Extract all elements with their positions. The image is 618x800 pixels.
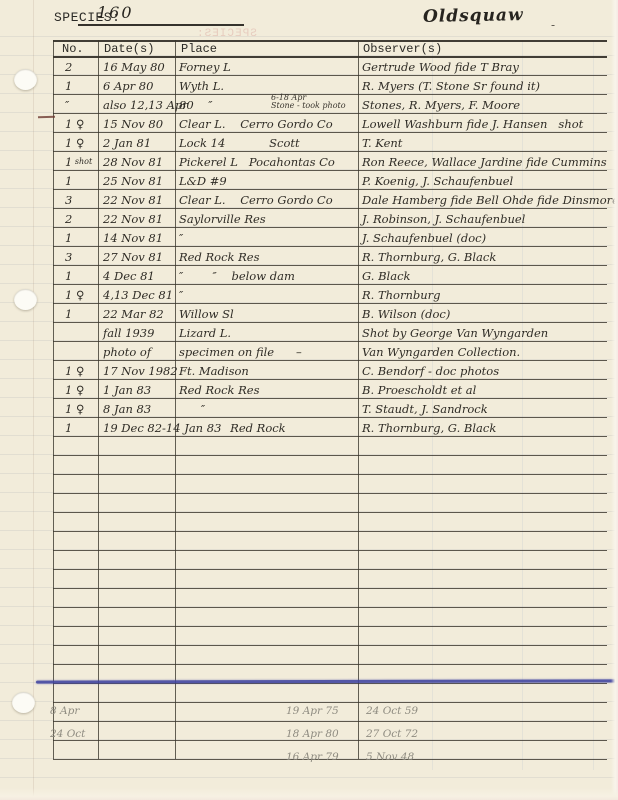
table-row: 119 Dec 82-14 Jan 83 Red RockR. Thornbur… xyxy=(53,417,607,436)
table-row: 216 May 80Forney LGertrude Wood fide T B… xyxy=(53,56,607,75)
cell-observer: R. Myers (T. Stone Sr found it) xyxy=(362,79,540,93)
table-grid-line xyxy=(53,531,607,532)
cell-date: 28 Nov 81 xyxy=(103,155,163,169)
table-row: 322 Nov 81Clear L. Cerro Gordo CoDale Ha… xyxy=(53,189,607,208)
cell-place: Wyth L. xyxy=(179,79,224,93)
hole-punch-bottom xyxy=(12,692,35,713)
cell-place: 80 ″ xyxy=(179,98,213,112)
cell-observer: B. Proescholdt et al xyxy=(362,383,476,397)
cell-place: Pickerel L Pocahontas Co xyxy=(179,155,335,169)
cell-date: 14 Nov 81 xyxy=(103,231,163,245)
scanned-record-sheet: SPECIES: 160 Oldsquaw - SPECIES: No. Dat… xyxy=(0,0,618,800)
cell-observer: R. Thornburg, G. Black xyxy=(362,421,496,435)
cell-observer: J. Schaufenbuel (doc) xyxy=(362,231,486,245)
cell-no: 1 shot xyxy=(65,155,92,169)
table-row: 1 shot28 Nov 81Pickerel L Pocahontas CoR… xyxy=(53,151,607,170)
cell-observer: T. Kent xyxy=(362,136,402,150)
cell-place: specimen on file – xyxy=(179,345,302,359)
cell-no: 1 ♀ xyxy=(65,364,84,378)
species-underline xyxy=(78,24,244,26)
cell-no: 1 xyxy=(65,231,72,245)
pencil-note: 27 Oct 72 xyxy=(366,728,418,740)
cell-no: 2 xyxy=(65,60,72,74)
cell-observer: Ron Reece, Wallace Jardine fide Cummins xyxy=(362,155,607,169)
cell-no: ″ xyxy=(65,98,69,112)
column-header-place: Place xyxy=(181,42,217,56)
cell-place: ″ ″ below dam xyxy=(179,269,295,283)
bleedthrough-text: SPECIES: xyxy=(196,28,257,40)
cell-observer: Lowell Washburn fide J. Hansen shot xyxy=(362,117,583,131)
species-name: Oldsquaw xyxy=(423,5,524,27)
cell-place-note: 6-18 Apr Stone - took photo xyxy=(271,94,346,110)
cell-place: Red Rock Res xyxy=(179,383,260,397)
pencil-note: 18 Apr 80 xyxy=(286,728,339,740)
table-row: 14 Dec 81″ ″ below damG. Black xyxy=(53,265,607,284)
cell-no: 1 ♀ xyxy=(65,288,84,302)
table-grid-line xyxy=(53,569,607,570)
table-row: 327 Nov 81Red Rock ResR. Thornburg, G. B… xyxy=(53,246,607,265)
pencil-note: 24 Oct 59 xyxy=(366,705,418,717)
cell-date: 1 Jan 83 xyxy=(103,383,151,397)
cell-no: 1 xyxy=(65,269,72,283)
cell-date: 16 May 80 xyxy=(103,60,165,74)
table-grid-line xyxy=(53,607,607,608)
cell-place: Red Rock Res xyxy=(179,250,260,264)
cell-observer: J. Robinson, J. Schaufenbuel xyxy=(362,212,525,226)
hole-punch-middle xyxy=(14,289,37,310)
cell-date: 22 Nov 81 xyxy=(103,193,163,207)
table-row: photo ofspecimen on file –Van Wyngarden … xyxy=(53,341,607,360)
pencil-note: 16 Apr 79 xyxy=(286,751,339,763)
cell-date: also 12,13 Apr xyxy=(103,98,188,112)
cell-date: fall 1939 xyxy=(103,326,154,340)
pencil-note: 24 Oct xyxy=(50,728,85,740)
table-row: 222 Nov 81Saylorville ResJ. Robinson, J.… xyxy=(53,208,607,227)
table-grid-line xyxy=(53,588,607,589)
table-grid-line xyxy=(53,493,607,494)
cell-no: 1 xyxy=(65,79,72,93)
cell-no: 1 xyxy=(65,174,72,188)
species-number: 160 xyxy=(97,3,134,22)
cell-no: 3 xyxy=(65,250,72,264)
table-row: fall 1939Lizard L.Shot by George Van Wyn… xyxy=(53,322,607,341)
cell-place: ″ xyxy=(179,402,205,416)
cell-observer: T. Staudt, J. Sandrock xyxy=(362,402,488,416)
cell-observer: R. Thornburg xyxy=(362,288,441,302)
cell-date: 2 Jan 81 xyxy=(103,136,151,150)
table-row: 114 Nov 81″J. Schaufenbuel (doc) xyxy=(53,227,607,246)
cell-no-annotation: shot xyxy=(72,157,92,166)
cell-date: 4,13 Dec 81 xyxy=(103,288,173,302)
cell-place: Saylorville Res xyxy=(179,212,266,226)
cell-no: 1 ♀ xyxy=(65,136,84,150)
cell-place: Forney L xyxy=(179,60,231,74)
table-grid-line xyxy=(53,455,607,456)
table-grid-line xyxy=(53,512,607,513)
cell-observer: C. Bendorf - doc photos xyxy=(362,364,499,378)
table-grid-line xyxy=(53,626,607,627)
table-grid-line xyxy=(53,740,607,741)
table-row: 1 ♀4,13 Dec 81″R. Thornburg xyxy=(53,284,607,303)
cell-observer: R. Thornburg, G. Black xyxy=(362,250,496,264)
cell-no: 3 xyxy=(65,193,72,207)
table-row: 125 Nov 81L&D #9P. Koenig, J. Schaufenbu… xyxy=(53,170,607,189)
cell-date: 25 Nov 81 xyxy=(103,174,163,188)
column-header-date: Date(s) xyxy=(104,42,154,56)
cell-place: Lizard L. xyxy=(179,326,231,340)
table-row: 1 ♀2 Jan 81Lock 14 ScottT. Kent xyxy=(53,132,607,151)
cell-place: Willow Sl xyxy=(179,307,234,321)
table-grid-line xyxy=(53,474,607,475)
scan-edge-bottom xyxy=(0,788,618,800)
table-grid-line xyxy=(53,645,607,646)
cell-observer: Dale Hamberg fide Bell Ohde fide Dinsmor… xyxy=(362,193,612,207)
margin-line xyxy=(33,0,34,800)
column-header-observer: Observer(s) xyxy=(363,42,442,56)
cell-observer: G. Black xyxy=(362,269,410,283)
pencil-note: 8 Apr xyxy=(50,705,79,717)
cell-date: 15 Nov 80 xyxy=(103,117,163,131)
cell-place: Clear L. Cerro Gordo Co xyxy=(179,193,333,207)
cell-place: Ft. Madison xyxy=(179,364,249,378)
cell-date: 22 Mar 82 xyxy=(103,307,164,321)
table-row: 122 Mar 82Willow SlB. Wilson (doc) xyxy=(53,303,607,322)
table-row: 1 ♀1 Jan 83Red Rock ResB. Proescholdt et… xyxy=(53,379,607,398)
table-row: 16 Apr 80Wyth L.R. Myers (T. Stone Sr fo… xyxy=(53,75,607,94)
cell-date: 22 Nov 81 xyxy=(103,212,163,226)
table-grid-line xyxy=(53,436,607,437)
cell-date: 27 Nov 81 xyxy=(103,250,163,264)
cell-date: photo of xyxy=(103,345,151,359)
observation-table: No. Date(s) Place Observer(s) 216 May 80… xyxy=(53,40,607,759)
table-grid-line xyxy=(53,550,607,551)
cell-no: 1 xyxy=(65,307,72,321)
cell-observer: Shot by George Van Wyngarden xyxy=(362,326,548,340)
cell-date: 17 Nov 1982 xyxy=(103,364,178,378)
cell-date: 8 Jan 83 xyxy=(103,402,151,416)
cell-date: 6 Apr 80 xyxy=(103,79,153,93)
scan-edge-right xyxy=(611,0,618,800)
cell-no: 1 ♀ xyxy=(65,117,84,131)
cell-place: Red Rock xyxy=(179,421,286,435)
pencil-note: 5 Nov 48 xyxy=(366,751,414,763)
cell-observer: Stones, R. Myers, F. Moore xyxy=(362,98,520,112)
cell-place: L&D #9 xyxy=(179,174,227,188)
pencil-note: 19 Apr 75 xyxy=(286,705,339,717)
cell-date: 4 Dec 81 xyxy=(103,269,155,283)
cell-observer: Gertrude Wood fide T Bray xyxy=(362,60,519,74)
cell-observer: Van Wyngarden Collection. xyxy=(362,345,520,359)
cell-no: 1 ♀ xyxy=(65,402,84,416)
table-row: 1 ♀15 Nov 80Clear L. Cerro Gordo CoLowel… xyxy=(53,113,607,132)
cell-place: Lock 14 Scott xyxy=(179,136,300,150)
cell-no: 1 xyxy=(65,421,72,435)
table-row: 1 ♀17 Nov 1982Ft. MadisonC. Bendorf - do… xyxy=(53,360,607,379)
cell-place: ″ xyxy=(179,231,183,245)
table-row: 1 ♀8 Jan 83 ″T. Staudt, J. Sandrock xyxy=(53,398,607,417)
cell-no: 1 ♀ xyxy=(65,383,84,397)
cell-observer: B. Wilson (doc) xyxy=(362,307,450,321)
stray-dash-mark: - xyxy=(551,18,555,32)
table-grid-line xyxy=(53,702,607,703)
table-grid-line xyxy=(53,721,607,722)
table-grid-line xyxy=(53,664,607,665)
cell-no: 2 xyxy=(65,212,72,226)
hole-punch-top xyxy=(14,69,37,90)
cell-observer: P. Koenig, J. Schaufenbuel xyxy=(362,174,513,188)
table-row: ″also 12,13 Apr80 ″6-18 Apr Stone - took… xyxy=(53,94,607,113)
table-grid-line xyxy=(53,40,607,42)
column-header-no: No. xyxy=(62,42,84,56)
cell-place: Clear L. Cerro Gordo Co xyxy=(179,117,333,131)
cell-place: ″ xyxy=(179,288,183,302)
